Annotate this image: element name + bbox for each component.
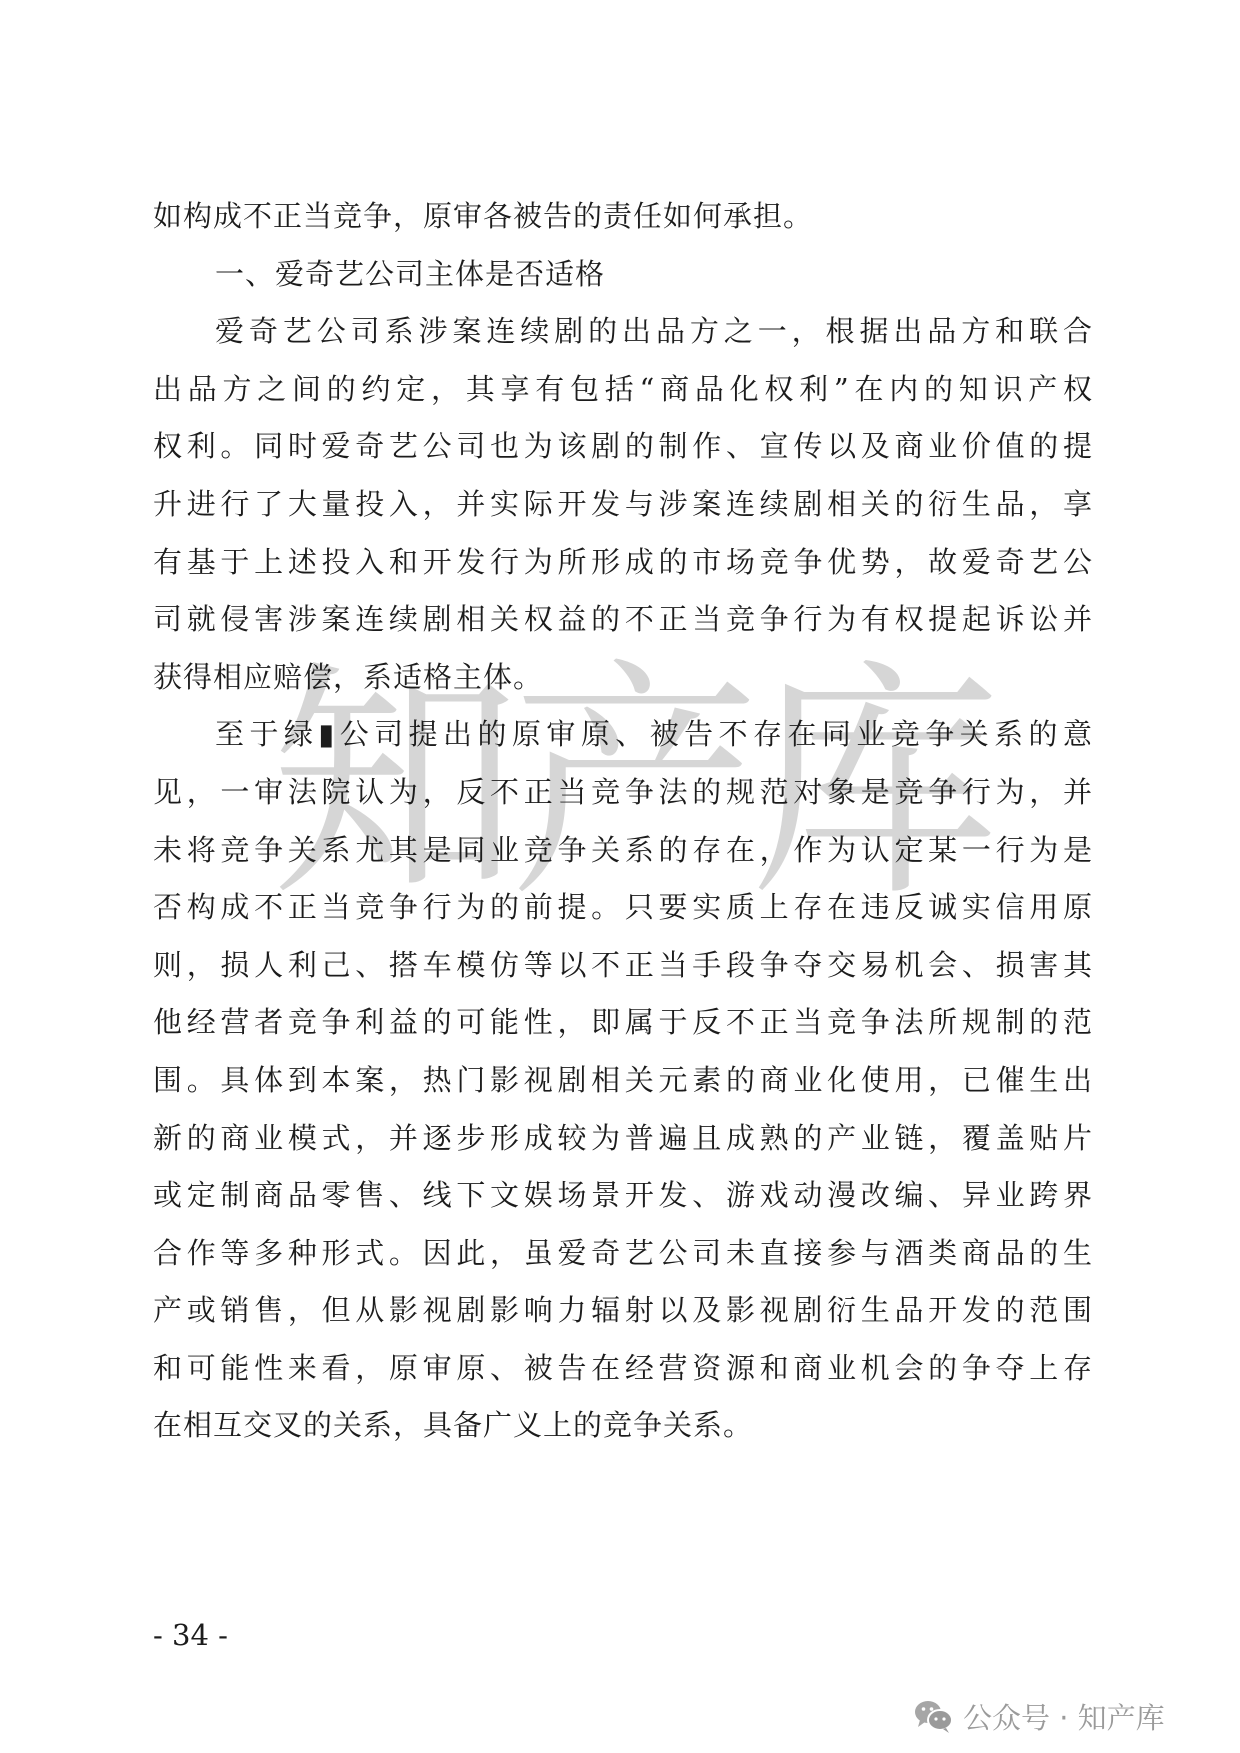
text-line: 权利。同时爱奇艺公司也为该剧的制作、宣传以及商业价值的提 bbox=[153, 418, 1093, 476]
text-line: 获得相应赔偿，系适格主体。 bbox=[153, 649, 1093, 707]
footer-label: 公众号 · 知产库 bbox=[963, 1696, 1165, 1737]
text-line: 出品方之间的约定，其享有包括“商品化权利”在内的知识产权 bbox=[153, 361, 1093, 419]
text-line: 如构成不正当竞争，原审各被告的责任如何承担。 bbox=[153, 188, 1093, 246]
text-line: 否构成不正当竞争行为的前提。只要实质上存在违反诚实信用原 bbox=[153, 879, 1093, 937]
text-line: 爱奇艺公司系涉案连续剧的出品方之一，根据出品方和联合 bbox=[153, 303, 1093, 361]
text-line: 有基于上述投入和开发行为所形成的市场竞争优势，故爱奇艺公 bbox=[153, 534, 1093, 592]
section-heading: 一、爱奇艺公司主体是否适格 bbox=[153, 246, 1093, 304]
text-line: 他经营者竞争利益的可能性，即属于反不正当竞争法所规制的范 bbox=[153, 994, 1093, 1052]
text-line: 和可能性来看，原审原、被告在经营资源和商业机会的争夺上存 bbox=[153, 1340, 1093, 1398]
text-line: 则，损人利己、搭车模仿等以不正当手段争夺交易机会、损害其 bbox=[153, 937, 1093, 995]
text-line: 司就侵害涉案连续剧相关权益的不正当竞争行为有权提起诉讼并 bbox=[153, 591, 1093, 649]
text-line: 未将竞争关系尤其是同业竞争关系的存在，作为认定某一行为是 bbox=[153, 822, 1093, 880]
document-page: 知产库 如构成不正当竞争，原审各被告的责任如何承担。 一、爱奇艺公司主体是否适格… bbox=[0, 0, 1240, 1753]
page-number: - 34 - bbox=[153, 1618, 228, 1652]
document-body: 如构成不正当竞争，原审各被告的责任如何承担。 一、爱奇艺公司主体是否适格 爱奇艺… bbox=[153, 188, 1093, 1455]
footer-brand: 公众号 · 知产库 bbox=[913, 1696, 1165, 1736]
text-line: 合作等多种形式。因此，虽爱奇艺公司未直接参与酒类商品的生 bbox=[153, 1225, 1093, 1283]
text-line: 至于绿▮公司提出的原审原、被告不存在同业竞争关系的意 bbox=[153, 706, 1093, 764]
wechat-icon bbox=[913, 1698, 955, 1734]
text-line: 新的商业模式，并逐步形成较为普遍且成熟的产业链，覆盖贴片 bbox=[153, 1110, 1093, 1168]
text-line: 升进行了大量投入，并实际开发与涉案连续剧相关的衍生品，享 bbox=[153, 476, 1093, 534]
text-line: 产或销售，但从影视剧影响力辐射以及影视剧衍生品开发的范围 bbox=[153, 1282, 1093, 1340]
text-line: 在相互交叉的关系，具备广义上的竞争关系。 bbox=[153, 1397, 1093, 1455]
text-line: 见，一审法院认为，反不正当竞争法的规范对象是竞争行为，并 bbox=[153, 764, 1093, 822]
text-line: 围。具体到本案，热门影视剧相关元素的商业化使用，已催生出 bbox=[153, 1052, 1093, 1110]
text-line: 或定制商品零售、线下文娱场景开发、游戏动漫改编、异业跨界 bbox=[153, 1167, 1093, 1225]
